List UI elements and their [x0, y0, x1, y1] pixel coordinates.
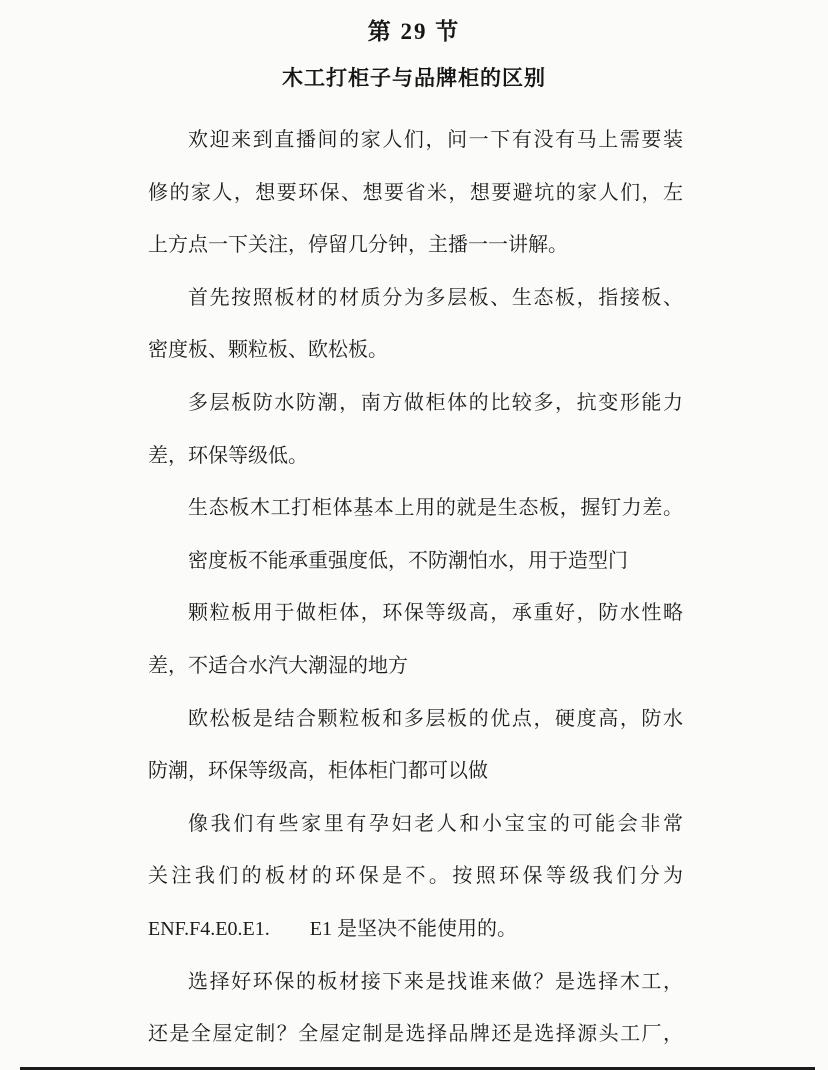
- text-line: 上方点一下关注，停留几分钟，主播一一讲解。: [148, 219, 683, 272]
- text-line: 防潮，环保等级高，柜体柜门都可以做: [148, 745, 683, 798]
- text-line: 关注我们的板材的环保是不。按照环保等级我们分为: [148, 850, 683, 903]
- text-line: 差，环保等级低。: [148, 430, 683, 483]
- document-body: 欢迎来到直播间的家人们，问一下有没有马上需要装修的家人，想要环保、想要省米，想要…: [148, 114, 683, 1061]
- text-line: ENF.F4.E0.E1. E1 是坚决不能使用的。: [148, 903, 683, 956]
- document-page: 第 29 节 木工打柜子与品牌柜的区别 欢迎来到直播间的家人们，问一下有没有马上…: [0, 0, 828, 1070]
- text-line: 密度板不能承重强度低，不防潮怕水，用于造型门: [148, 535, 683, 588]
- text-line: 还是全屋定制？全屋定制是选择品牌还是选择源头工厂，: [148, 1008, 683, 1061]
- text-line: 修的家人，想要环保、想要省米，想要避坑的家人们，左: [148, 167, 683, 220]
- section-title: 第 29 节: [0, 13, 828, 46]
- text-line: 颗粒板用于做柜体，环保等级高，承重好，防水性略: [148, 587, 683, 640]
- text-line: 密度板、颗粒板、欧松板。: [148, 324, 683, 377]
- text-line: 选择好环保的板材接下来是找谁来做？是选择木工，: [148, 956, 683, 1009]
- text-line: 生态板木工打柜体基本上用的就是生态板，握钉力差。: [148, 482, 683, 535]
- text-line: 首先按照板材的材质分为多层板、生态板，指接板、: [148, 272, 683, 325]
- text-line: 多层板防水防潮，南方做柜体的比较多，抗变形能力: [148, 377, 683, 430]
- text-line: 差，不适合水汽大潮湿的地方: [148, 640, 683, 693]
- text-line: 欢迎来到直播间的家人们，问一下有没有马上需要装: [148, 114, 683, 167]
- text-line: 欧松板是结合颗粒板和多层板的优点，硬度高，防水: [148, 693, 683, 746]
- document-subtitle: 木工打柜子与品牌柜的区别: [0, 62, 828, 92]
- text-line: 像我们有些家里有孕妇老人和小宝宝的可能会非常: [148, 798, 683, 851]
